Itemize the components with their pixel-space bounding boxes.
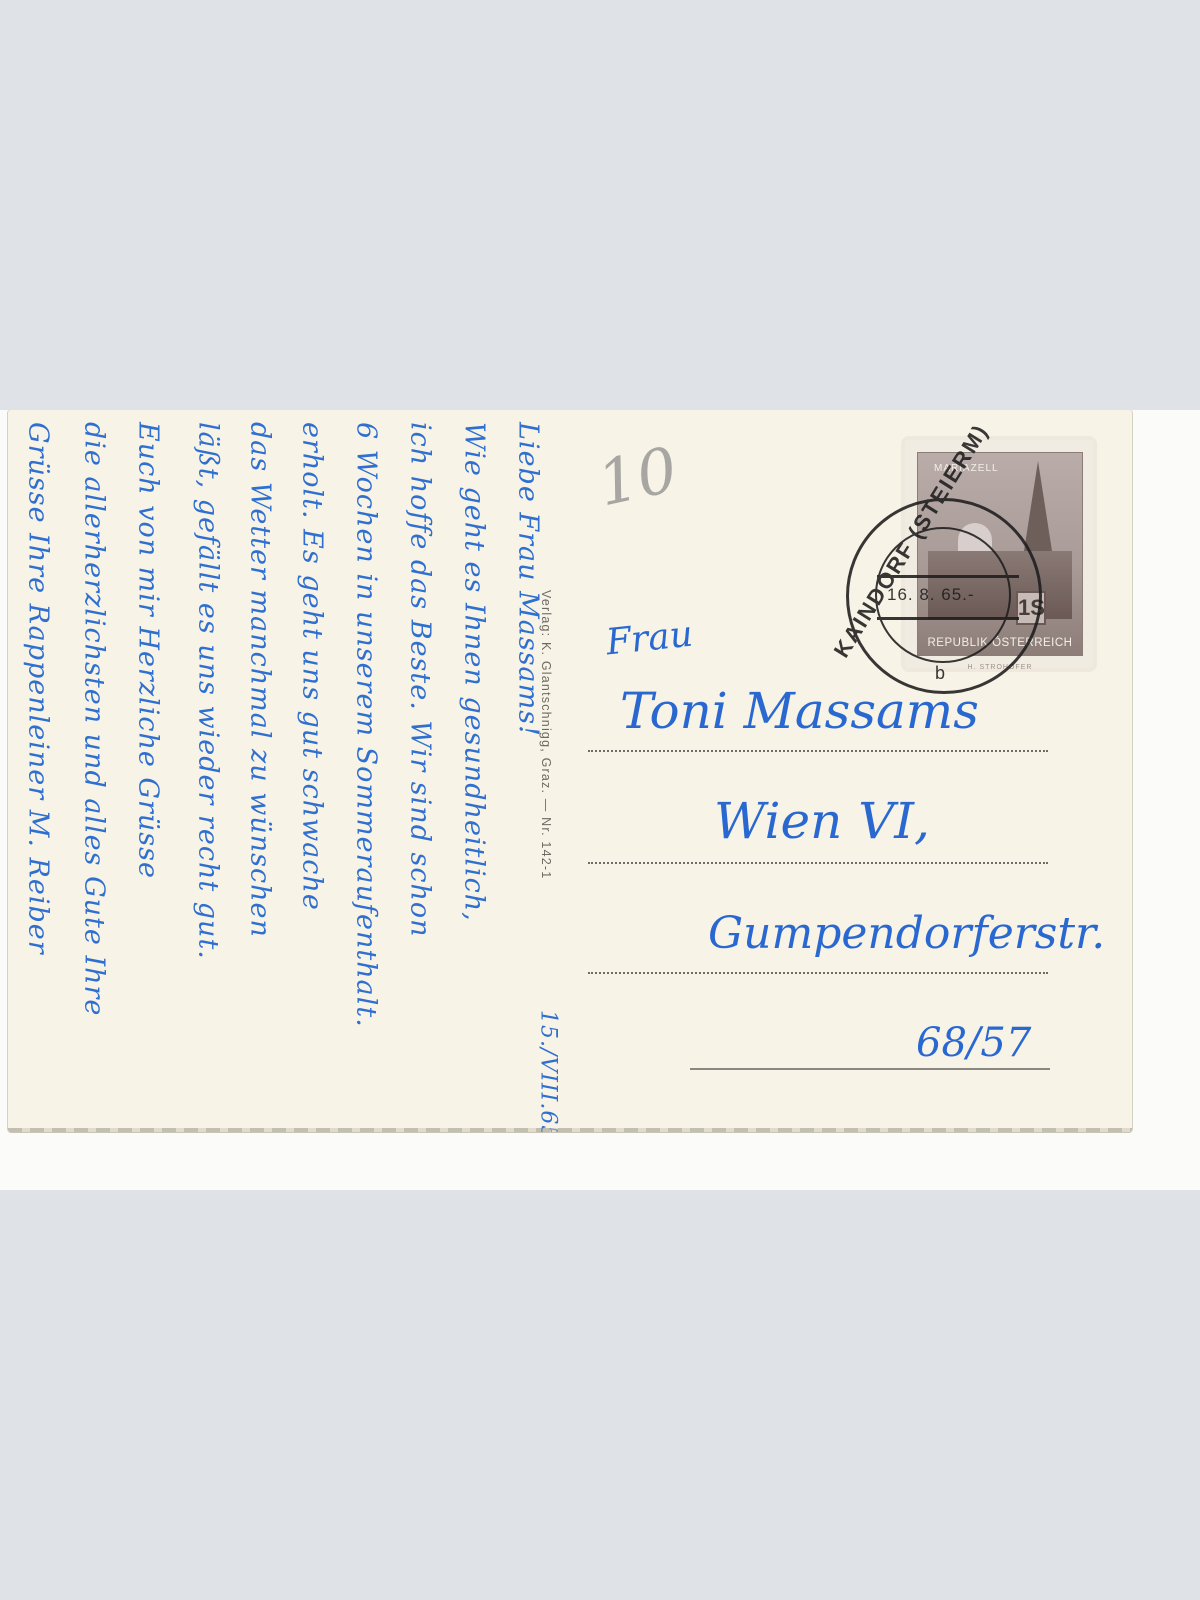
postcard-back: Liebe Frau Massams! Wie geht es Ihnen ge… [8, 410, 1132, 1132]
address-line [588, 750, 1048, 752]
address-line [588, 972, 1048, 974]
message-line: ich hoffe das Beste. Wir sind schon [400, 422, 440, 1102]
message-line: Grüsse Ihre Rappenleiner M. Reiber [18, 422, 58, 1102]
message-line: das Wetter manchmal zu wünschen [240, 422, 280, 1102]
message-line: 6 Wochen in unserem Sommeraufenthalt. [346, 422, 386, 1102]
address-city: Wien VI, [714, 792, 930, 850]
message-line: Wie geht es Ihnen gesundheitlich, [454, 422, 494, 1102]
address-number: 68/57 [916, 1020, 1031, 1066]
postmark-letter: b [935, 663, 945, 684]
message-line: Euch von mir Herzliche Grüsse [128, 422, 168, 1102]
message-line: erholt. Es geht uns gut schwache [292, 422, 332, 1102]
postmark-bar [877, 617, 1019, 620]
address-street: Gumpendorferstr. [708, 908, 1105, 959]
postmark-date: 16. 8. 65.- [887, 585, 975, 605]
message-line: die allerherzlichsten und alles Gute Ihr… [74, 422, 114, 1102]
publisher-imprint: Verlag: K. Glantschnigg, Graz. — Nr. 142… [536, 590, 556, 1060]
postmark: KAINDORF (STEIERM) 16. 8. 65.- b [846, 498, 1042, 694]
address-name: Toni Massams [620, 682, 979, 740]
postcard-scan: Liebe Frau Massams! Wie geht es Ihnen ge… [0, 410, 1200, 1190]
message-line: läßt, gefällt es uns wieder recht gut. [188, 422, 228, 1102]
inventory-mark: 10 [591, 433, 683, 521]
church-spire-icon [1024, 461, 1052, 551]
address-line [690, 1068, 1050, 1070]
address-salutation: Frau [604, 614, 695, 664]
address-line [588, 862, 1048, 864]
handwritten-message: Liebe Frau Massams! Wie geht es Ihnen ge… [8, 410, 568, 1132]
postmark-bar [877, 575, 1019, 578]
